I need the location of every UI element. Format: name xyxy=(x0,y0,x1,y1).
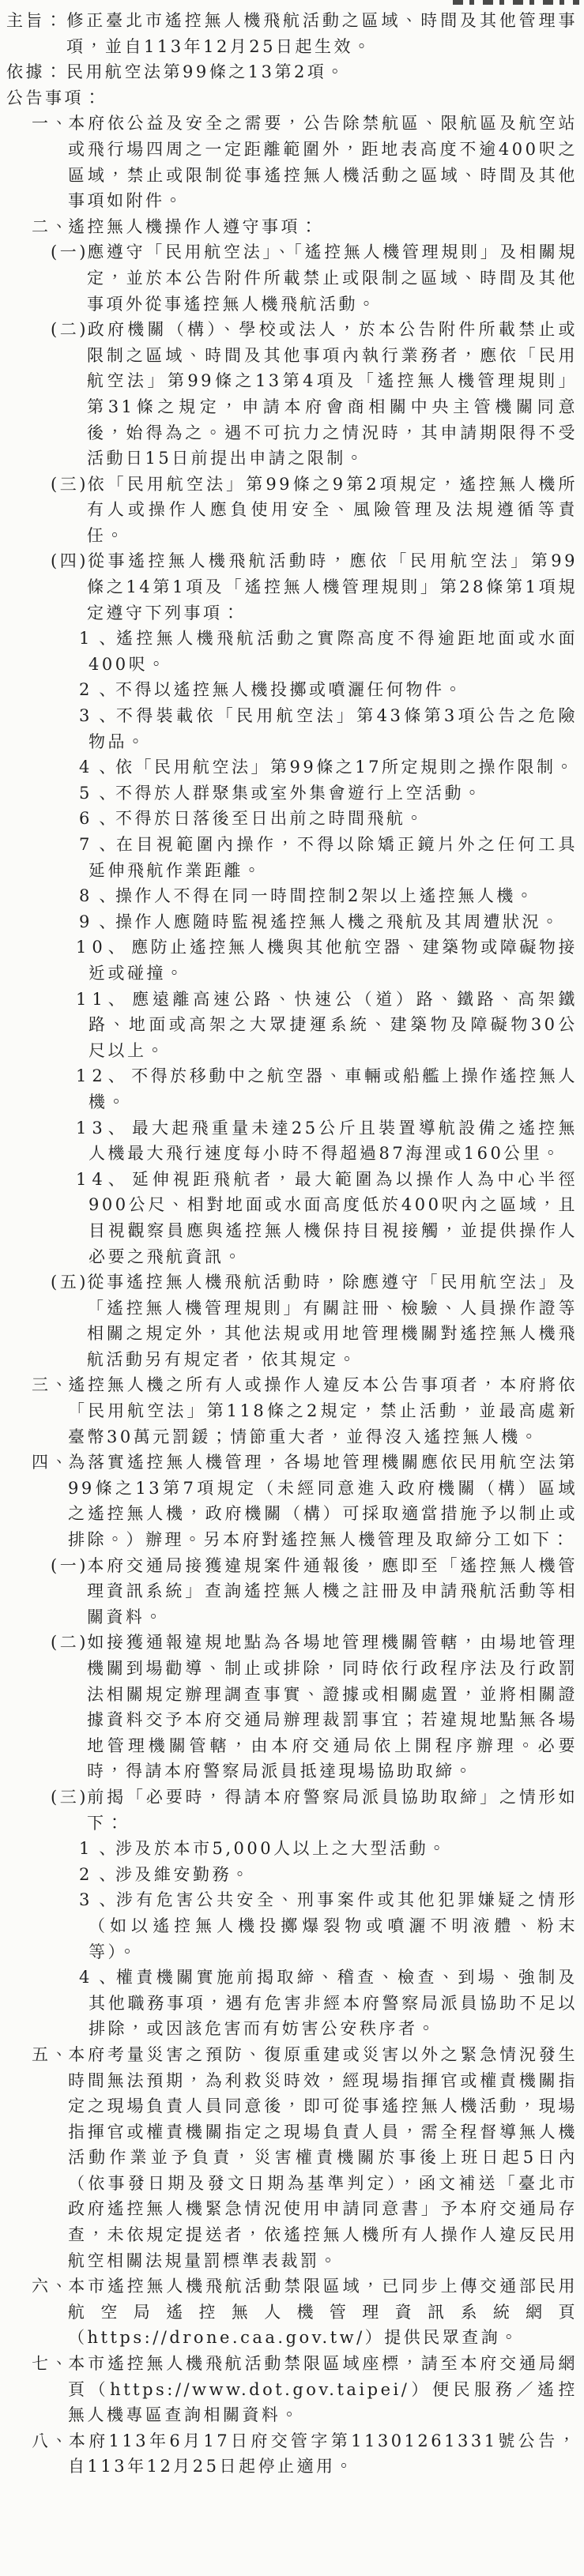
paragraph: 6、不得於日落後至日出前之時間飛航。 xyxy=(0,806,584,832)
paragraph: (一)應遵守「民用航空法」、「遙控無人機管理規則」及相關規定，並於本公告附件所載… xyxy=(0,239,584,317)
paragraph: 2、涉及維安勤務。 xyxy=(0,1862,584,1888)
paragraph-label: 依據： xyxy=(6,59,66,85)
paragraph-text: 修正臺北市遙控無人機飛航活動之區域、時間及其他管理事項，並自113年12月25日… xyxy=(66,11,578,56)
paragraph-label: 一、 xyxy=(32,111,68,137)
paragraph: (一)本府交通局接獲違規案件通報後，應即至「遙控無人機管理資訊系統」查詢遙控無人… xyxy=(0,1553,584,1630)
paragraph: 4、權責機關實施前揭取締、稽查、檢查、到場、強制及其他職務事項，遇有危害非經本府… xyxy=(0,1965,584,2042)
paragraph-label: 6、 xyxy=(79,806,115,832)
paragraph-label: 八、 xyxy=(32,2428,68,2454)
paragraph-text: 遙控無人機之所有人或操作人違反本公告事項者，本府將依「民用航空法」第118條之2… xyxy=(68,1375,578,1446)
paragraph-label: 5、 xyxy=(79,780,115,807)
paragraph-text: 依「民用航空法」第99條之17所定規則之操作限制。 xyxy=(115,758,575,777)
paragraph: 五、本府考量災害之預防、復原重建或災害以外之緊急情況發生時間無法預期，為利救災時… xyxy=(0,2042,584,2273)
paragraph-label: (四) xyxy=(51,548,87,574)
paragraph: (三)前揭「必要時，得請本府警察局派員協助取締」之情形如下： xyxy=(0,1784,584,1836)
announcement-body: 主旨：修正臺北市遙控無人機飛航活動之區域、時間及其他管理事項，並自113年12月… xyxy=(0,8,584,2480)
paragraph: 一、本府依公益及安全之需要，公告除禁航區、限航區及航空站或飛行場四周之一定距離範… xyxy=(0,111,584,213)
paragraph-label: 1、 xyxy=(79,626,115,652)
paragraph-text: 本府113年6月17日府交管字第11301261331號公告，自113年12月2… xyxy=(68,2431,578,2476)
paragraph-text: 應防止遙控無人機與其他航空器、建築物或障礙物接近或碰撞。 xyxy=(89,938,578,983)
paragraph-label: 11、 xyxy=(76,987,131,1013)
paragraph: 主旨：修正臺北市遙控無人機飛航活動之區域、時間及其他管理事項，並自113年12月… xyxy=(0,8,584,59)
paragraph-text: 前揭「必要時，得請本府警察局派員協助取締」之情形如下： xyxy=(87,1788,578,1833)
paragraph-label: 14、 xyxy=(76,1167,131,1193)
paragraph-text: 操作人不得在同一時間控制2架以上遙控無人機。 xyxy=(115,886,535,905)
paragraph-label: 4、 xyxy=(79,1965,115,1991)
paragraph: 7、在目視範圍內操作，不得以除矯正鏡片外之任何工具延伸飛航作業距離。 xyxy=(0,832,584,883)
paragraph-label: (三) xyxy=(51,1784,87,1811)
paragraph-text: 政府機關（構）、學校或法人，於本公告附件所載禁止或限制之區域、時間及其他事項內執… xyxy=(87,320,578,468)
paragraph-label: (五) xyxy=(51,1269,87,1296)
paragraph-text: 從事遙控無人機飛航活動時，除應遵守「民用航空法」及「遙控無人機管理規則」有關註冊… xyxy=(87,1273,578,1369)
paragraph: 3、涉有危害公共安全、刑事案件或其他犯罪嫌疑之情形（如以遙控無人機投擲爆裂物或噴… xyxy=(0,1887,584,1965)
paragraph-text: 本府考量災害之預防、復原重建或災害以外之緊急情況發生時間無法預期，為利救災時效，… xyxy=(68,2045,578,2270)
paragraph-text: 不得於日落後至日出前之時間飛航。 xyxy=(115,809,425,828)
paragraph: 12、不得於移動中之航空器、車輛或船艦上操作遙控無人機。 xyxy=(0,1063,584,1115)
paragraph-label: 12、 xyxy=(76,1063,131,1089)
paragraph-label: (三) xyxy=(51,472,87,498)
paragraph: 二、遙控無人機操作人遵守事項： xyxy=(0,214,584,240)
paragraph-text: 涉有危害公共安全、刑事案件或其他犯罪嫌疑之情形（如以遙控無人機投擲爆裂物或噴灑不… xyxy=(89,1890,578,1961)
paragraph: (三)依「民用航空法」第99條之9第2項規定，遙控無人機所有人或操作人應負使用安… xyxy=(0,472,584,549)
announcement-page: 主旨：修正臺北市遙控無人機飛航活動之區域、時間及其他管理事項，並自113年12月… xyxy=(0,0,584,2576)
paragraph: 1、遙控無人機飛航活動之實際高度不得逾距地面或水面400呎。 xyxy=(0,626,584,677)
paragraph-text: 如接獲通報違規地點為各場地管理機關管轄，由場地管理機關到場勸導、制止或排除，同時… xyxy=(87,1633,578,1781)
paragraph: (二)政府機關（構）、學校或法人，於本公告附件所載禁止或限制之區域、時間及其他事… xyxy=(0,317,584,472)
paragraph-text: 依「民用航空法」第99條之9第2項規定，遙控無人機所有人或操作人應負使用安全、風… xyxy=(87,475,578,545)
paragraph: 四、為落實遙控無人機管理，各場地管理機關應依民用航空法第99條之13第7項規定（… xyxy=(0,1450,584,1552)
paragraph: 1、涉及於本市5,000人以上之大型活動。 xyxy=(0,1836,584,1862)
paragraph-label: 2、 xyxy=(79,1862,115,1888)
paragraph: 3、不得裝載依「民用航空法」第43條第3項公告之危險物品。 xyxy=(0,703,584,754)
paragraph-label: (二) xyxy=(51,1630,87,1656)
paragraph-label: 二、 xyxy=(32,214,68,240)
paragraph-label: 10、 xyxy=(76,935,131,961)
paragraph-label: 7、 xyxy=(79,832,115,858)
paragraph: (五)從事遙控無人機飛航活動時，除應遵守「民用航空法」及「遙控無人機管理規則」有… xyxy=(0,1269,584,1372)
paragraph-label: 8、 xyxy=(79,883,115,909)
paragraph: 公告事項： xyxy=(0,85,584,111)
paragraph-text: 最大起飛重量未達25公斤且裝置導航設備之遙控無人機最大飛行速度每小時不得超過87… xyxy=(89,1119,578,1164)
paragraph-label: 2、 xyxy=(79,677,115,703)
paragraph-label: 9、 xyxy=(79,909,115,935)
paragraph: (二)如接獲通報違規地點為各場地管理機關管轄，由場地管理機關到場勸導、制止或排除… xyxy=(0,1630,584,1784)
paragraph-label: (一) xyxy=(51,1553,87,1579)
paragraph: 10、應防止遙控無人機與其他航空器、建築物或障礙物接近或碰撞。 xyxy=(0,935,584,986)
paragraph: 八、本府113年6月17日府交管字第11301261331號公告，自113年12… xyxy=(0,2428,584,2480)
paragraph-text: 不得於移動中之航空器、車輛或船艦上操作遙控無人機。 xyxy=(89,1066,578,1111)
paragraph-label: 七、 xyxy=(32,2351,68,2377)
paragraph-label: 公告事項： xyxy=(6,85,104,111)
paragraph-text: 不得以遙控無人機投擲或噴灑任何物件。 xyxy=(115,680,464,699)
paragraph-label: 3、 xyxy=(79,703,115,729)
paragraph-text: 涉及於本市5,000人以上之大型活動。 xyxy=(115,1839,448,1858)
paragraph: 11、應遠離高速公路、快速公（道）路、鐵路、高架鐵路、地面或高架之大眾捷運系統、… xyxy=(0,987,584,1064)
paragraph-text: 本府交通局接獲違規案件通報後，應即至「遙控無人機管理資訊系統」查詢遙控無人機之註… xyxy=(87,1556,578,1626)
paragraph-text: 權責機關實施前揭取締、稽查、檢查、到場、強制及其他職務事項，遇有危害非經本府警察… xyxy=(89,1968,578,2038)
paragraph: 4、依「民用航空法」第99條之17所定規則之操作限制。 xyxy=(0,754,584,780)
paragraph-label: 1、 xyxy=(79,1836,115,1862)
paragraph: 5、不得於人群聚集或室外集會遊行上空活動。 xyxy=(0,780,584,807)
paragraph-label: 4、 xyxy=(79,754,115,780)
paragraph: 2、不得以遙控無人機投擲或噴灑任何物件。 xyxy=(0,677,584,703)
paragraph: 13、最大起飛重量未達25公斤且裝置導航設備之遙控無人機最大飛行速度每小時不得超… xyxy=(0,1115,584,1167)
paragraph: 8、操作人不得在同一時間控制2架以上遙控無人機。 xyxy=(0,883,584,909)
paragraph: (四)從事遙控無人機飛航活動時，應依「民用航空法」第99條之14第1項及「遙控無… xyxy=(0,548,584,626)
paragraph-label: 13、 xyxy=(76,1115,131,1141)
paragraph-label: (一) xyxy=(51,239,87,265)
paragraph: 七、本市遙控無人機飛航活動禁限區域座標，請至本府交通局網頁（https://ww… xyxy=(0,2351,584,2428)
paragraph-label: 六、 xyxy=(32,2273,68,2300)
paragraph-text: 民用航空法第99條之13第2項。 xyxy=(66,62,346,81)
paragraph-text: 涉及維安勤務。 xyxy=(115,1865,251,1884)
paragraph-text: 遙控無人機飛航活動之實際高度不得逾距地面或水面400呎。 xyxy=(89,629,578,674)
paragraph-text: 應遠離高速公路、快速公（道）路、鐵路、高架鐵路、地面或高架之大眾捷運系統、建築物… xyxy=(89,990,578,1060)
paragraph-text: 為落實遙控無人機管理，各場地管理機關應依民用航空法第99條之13第7項規定（未經… xyxy=(68,1453,578,1549)
paragraph-text: 從事遙控無人機飛航活動時，應依「民用航空法」第99條之14第1項及「遙控無人機管… xyxy=(87,551,578,622)
scan-cutoff-ink-marks xyxy=(453,0,579,5)
paragraph: 六、本市遙控無人機飛航活動禁限區域，已同步上傳交通部民用航空局遙控無人機管理資訊… xyxy=(0,2273,584,2351)
paragraph: 三、遙控無人機之所有人或操作人違反本公告事項者，本府將依「民用航空法」第118條… xyxy=(0,1372,584,1450)
paragraph-text: 操作人應隨時監視遙控無人機之飛航及其周遭狀況。 xyxy=(115,912,561,931)
paragraph-text: 本府依公益及安全之需要，公告除禁航區、限航區及航空站或飛行場四周之一定距離範圍外… xyxy=(68,114,578,210)
paragraph-label: 五、 xyxy=(32,2042,68,2068)
paragraph-text: 應遵守「民用航空法」、「遙控無人機管理規則」及相關規定，並於本公告附件所載禁止或… xyxy=(87,243,578,313)
paragraph: 14、延伸視距飛航者，最大範圍為以操作人為中心半徑900公尺、相對地面或水面高度… xyxy=(0,1167,584,1269)
paragraph-text: 本市遙控無人機飛航活動禁限區域座標，請至本府交通局網頁（https://www.… xyxy=(68,2354,578,2424)
paragraph-label: 主旨： xyxy=(6,8,66,34)
paragraph-label: (二) xyxy=(51,317,87,343)
paragraph-text: 遙控無人機操作人遵守事項： xyxy=(68,217,320,236)
paragraph: 依據：民用航空法第99條之13第2項。 xyxy=(0,59,584,85)
paragraph-text: 不得於人群聚集或室外集會遊行上空活動。 xyxy=(115,784,484,803)
paragraph: 9、操作人應隨時監視遙控無人機之飛航及其周遭狀況。 xyxy=(0,909,584,935)
paragraph-label: 三、 xyxy=(32,1372,68,1398)
paragraph-text: 不得裝載依「民用航空法」第43條第3項公告之危險物品。 xyxy=(89,706,578,751)
paragraph-text: 延伸視距飛航者，最大範圍為以操作人為中心半徑900公尺、相對地面或水面高度低於4… xyxy=(89,1170,578,1266)
paragraph-label: 3、 xyxy=(79,1887,115,1913)
paragraph-text: 本市遙控無人機飛航活動禁限區域，已同步上傳交通部民用航空局遙控無人機管理資訊系統… xyxy=(68,2277,578,2347)
paragraph-label: 四、 xyxy=(32,1450,68,1476)
paragraph-text: 在目視範圍內操作，不得以除矯正鏡片外之任何工具延伸飛航作業距離。 xyxy=(89,835,578,880)
